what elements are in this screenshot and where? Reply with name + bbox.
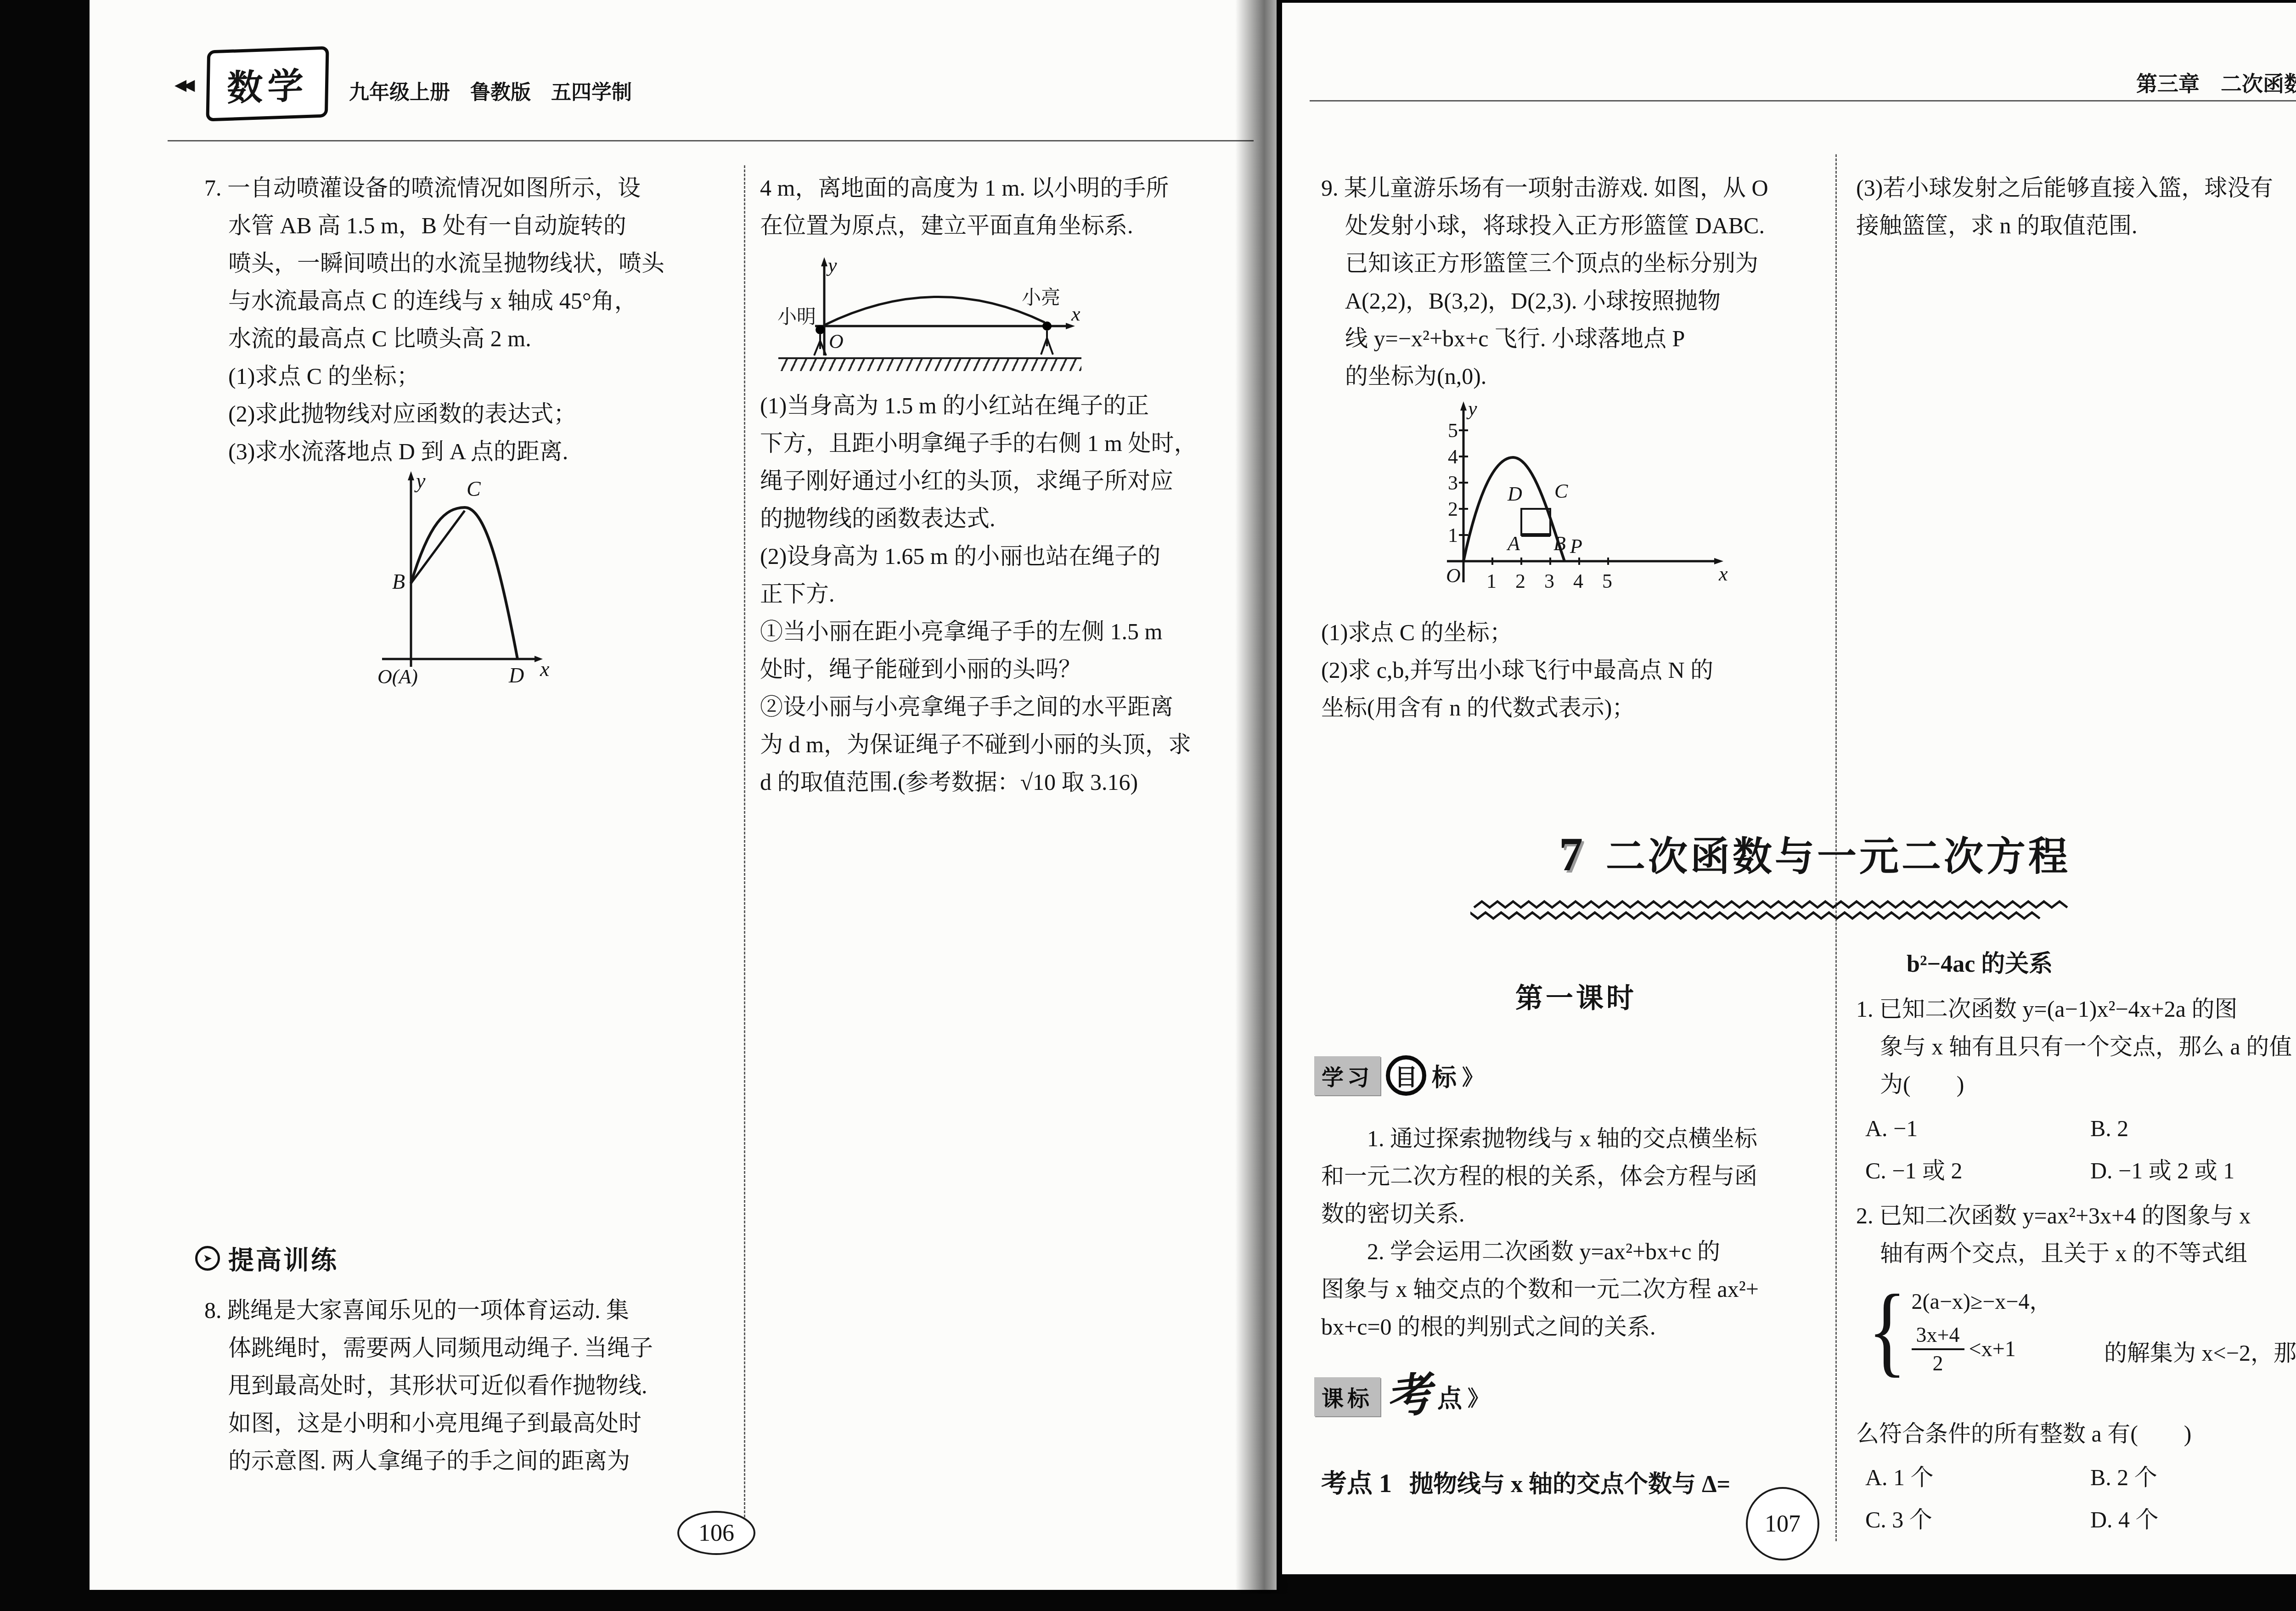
goal-badge-circle: 目: [1386, 1055, 1426, 1096]
text-line: 体跳绳时，需要两人同频甩动绳子. 当绳子: [204, 1329, 737, 1367]
right-page: 第三章 二次函数 ▶▶ 9. 某儿童游乐场有一项射击游戏. 如图，从 O处发射小…: [1282, 3, 2296, 1574]
fraction-rhs: <x+1: [1969, 1336, 2016, 1362]
fig3-c-label: C: [1554, 480, 1568, 502]
text-line: 2. 已知二次函数 y=ax²+3x+4 的图象与 x: [1856, 1197, 2296, 1234]
q2-inequality-system: { 2(a−x)≥−x−4， 3x+4 2 <x+1: [1863, 1279, 2051, 1380]
fig3-x-label: x: [1718, 563, 1728, 585]
fig1-b-label: B: [392, 570, 405, 593]
left-header-rule: [168, 140, 1254, 141]
text-line: 如图，这是小明和小亮甩绳子到最高处时: [204, 1404, 737, 1442]
fig1-y-label: y: [414, 469, 426, 492]
kaodian-1-text: 抛物线与 x 轴的交点个数与 Δ=: [1409, 1471, 1730, 1498]
system-line-1: 2(a−x)≥−x−4，: [1912, 1284, 2052, 1315]
text-line: 2. 学会运用二次函数 y=ax²+bx+c 的: [1321, 1233, 1831, 1270]
text-line: 甩到最高处时，其形状可近似看作抛物线.: [204, 1367, 737, 1404]
fig3-ytick-2: 2: [1448, 498, 1458, 520]
text-line: (2)求 c,b,并写出小球飞行中最高点 N 的: [1321, 651, 1831, 689]
text-line: 在位置为原点，建立平面直角坐标系.: [760, 207, 1265, 244]
q1-option-b: B. 2: [2090, 1110, 2296, 1147]
q2-tail: 么符合条件的所有整数 a 有( ): [1856, 1415, 2192, 1453]
text-line: 象与 x 轴有且只有一个交点，那么 a 的值: [1856, 1028, 2296, 1065]
enhance-title: 提高训练: [228, 1240, 338, 1277]
text-line: (1)求点 C 的坐标；: [1321, 614, 1831, 651]
fig2-y-label: y: [826, 254, 837, 276]
figure-sprinkler-parabola: y C B O(A) D x: [377, 468, 556, 687]
text-line: (1)当身高为 1.5 m 的小红站在绳子的正: [760, 387, 1265, 424]
text-line: 水管 AB 高 1.5 m，B 处有一自动旋转的: [204, 207, 737, 244]
q1-options-row-2: C. −1 或 2 D. −1 或 2 或 1: [1865, 1152, 2296, 1189]
problem-9-questions: (1)求点 C 的坐标；(2)求 c,b,并写出小球飞行中最高点 N 的坐标(用…: [1321, 614, 1831, 727]
text-line: 与水流最高点 C 的连线与 x 轴成 45°角，: [204, 282, 737, 320]
section-heading: 7 二次函数与一元二次方程: [1310, 825, 2296, 882]
right-header-rule: [1310, 100, 2296, 101]
section-title: 二次函数与一元二次方程: [1606, 835, 2071, 879]
system-brace: {: [1868, 1279, 1907, 1380]
text-line: A(2,2)，B(3,2)，D(2,3). 小球按照抛物: [1321, 282, 1831, 320]
text-line: 9. 某儿童游乐场有一项射击游戏. 如图，从 O: [1321, 169, 1831, 207]
goal-badge-chevrons-icon: 》: [1462, 1060, 1480, 1091]
problem-8-continuation: 4 m，离地面的高度为 1 m. 以小明的手所在位置为原点，建立平面直角坐标系.: [760, 169, 1265, 244]
exam-badge-prefix: 课标: [1314, 1377, 1380, 1416]
text-line: bx+c=0 的根的判别式之间的关系.: [1321, 1308, 1831, 1346]
fig3-o-label: O: [1446, 564, 1461, 587]
problem-7: 7. 一自动喷灌设备的喷流情况如图所示，设水管 AB 高 1.5 m，B 处有一…: [204, 169, 737, 470]
text-line: 线 y=−x²+bx+c 飞行. 小球落地点 P: [1321, 320, 1831, 357]
fig3-xtick-2: 2: [1515, 570, 1525, 592]
q1-option-d: D. −1 或 2 或 1: [2090, 1152, 2296, 1189]
fig3-xtick-5: 5: [1602, 570, 1612, 592]
text-line: ②设小丽与小亮拿绳子手之间的水平距离: [760, 688, 1265, 726]
fig2-ground-hatching: [778, 357, 1081, 371]
text-line: 图象与 x 轴交点的个数和一元二次方程 ax²+: [1321, 1270, 1831, 1308]
fraction-numerator: 3x+4: [1912, 1322, 1964, 1350]
kaodian-1-label: 考点 1: [1321, 1470, 1392, 1498]
q1-option-a: A. −1: [1865, 1110, 2090, 1147]
kaodian-1-heading: 考点 1 抛物线与 x 轴的交点个数与 Δ=: [1321, 1463, 1730, 1500]
text-line: (1)求点 C 的坐标；: [204, 357, 737, 395]
question-2: 2. 已知二次函数 y=ax²+3x+4 的图象与 x轴有两个交点，且关于 x …: [1856, 1197, 2296, 1272]
back-arrows-icon: ◀◀: [174, 76, 191, 94]
text-line: 接触篮筐，求 n 的取值范围.: [1856, 207, 2296, 244]
problem-9: 9. 某儿童游乐场有一项射击游戏. 如图，从 O处发射小球，将球投入正方形篮筐 …: [1321, 169, 1831, 395]
text-line: 数的密切关系.: [1321, 1195, 1831, 1233]
text-line: 1. 通过探索抛物线与 x 轴的交点横坐标: [1321, 1120, 1831, 1157]
text-line: 坐标(用含有 n 的代数式表示)；: [1321, 689, 1831, 727]
system-fraction: 3x+4 2: [1912, 1322, 1964, 1377]
fig1-d-label: D: [508, 664, 524, 687]
fig3-ytick-5: 5: [1448, 419, 1458, 442]
q1-option-c: C. −1 或 2: [1865, 1152, 2090, 1189]
section-wavy-underline: [1470, 897, 2113, 929]
edition-subtitle: 九年级上册 鲁教版 五四学制: [349, 76, 632, 105]
problem-8-questions: (1)当身高为 1.5 m 的小红站在绳子的正下方，且距小明拿绳子手的右侧 1 …: [760, 387, 1265, 801]
fig3-ytick-4: 4: [1448, 445, 1458, 468]
text-line: 7. 一自动喷灌设备的喷流情况如图所示，设: [204, 169, 737, 207]
page-number-left: 106: [677, 1511, 755, 1555]
left-page: ◀◀ 数学 九年级上册 鲁教版 五四学制 7. 一自动喷灌设备的喷流情况如图所示…: [90, 0, 1277, 1590]
text-line: 8. 跳绳是大家喜闻乐见的一项体育运动. 集: [204, 1291, 737, 1329]
text-line: 轴有两个交点，且关于 x 的不等式组: [1856, 1234, 2296, 1272]
text-line: d 的取值范围.(参考数据：√10 取 3.16): [760, 763, 1265, 801]
text-line: 已知该正方形篮筐三个顶点的坐标分别为: [1321, 244, 1831, 282]
text-line: ①当小丽在距小亮拿绳子手的左侧 1.5 m: [760, 613, 1265, 650]
math-logo-label: 数学: [226, 56, 308, 111]
text-line: 1. 已知二次函数 y=(a−1)x²−4x+2a 的图: [1856, 990, 2296, 1028]
fig3-xtick-3: 3: [1544, 570, 1554, 592]
fig3-b-label: B: [1553, 532, 1566, 555]
text-line: 为 d m，为保证绳子不碰到小丽的头顶，求: [760, 726, 1265, 763]
exam-badge-suffix: 点: [1437, 1379, 1462, 1414]
study-goals: 1. 通过探索抛物线与 x 轴的交点横坐标和一元二次方程的根的关系，体会方程与函…: [1321, 1120, 1831, 1346]
fig3-a-label: A: [1506, 532, 1520, 555]
system-note: 的解集为 x<−2，那: [2104, 1335, 2296, 1368]
fig1-o-label: O(A): [377, 665, 418, 687]
page-number-right: 107: [1746, 1487, 1819, 1560]
page-number-left-value: 106: [698, 1520, 734, 1547]
fig1-c-label: C: [467, 477, 481, 501]
fig2-o-label: O: [829, 330, 844, 353]
exam-point-badge: 课标 考 点 》: [1314, 1376, 1833, 1417]
fig1-x-label: x: [540, 657, 550, 681]
fig3-p-label: P: [1570, 535, 1582, 558]
q2-option-a: A. 1 个: [1865, 1459, 2090, 1496]
chapter-title: 第三章 二次函数: [2136, 67, 2296, 97]
q2-options-row-1: A. 1 个 B. 2 个: [1865, 1459, 2296, 1496]
scanned-textbook-spread: ◀◀ 数学 九年级上册 鲁教版 五四学制 7. 一自动喷灌设备的喷流情况如图所示…: [0, 0, 2296, 1611]
fig3-ytick-3: 3: [1448, 472, 1458, 494]
fig3-y-label: y: [1466, 399, 1477, 420]
lesson-title: 第一课时: [1321, 976, 1831, 1016]
fig2-x-label: x: [1071, 303, 1080, 325]
text-line: (2)设身高为 1.65 m 的小丽也站在绳子的: [760, 537, 1265, 575]
q2-tail-text: 么符合条件的所有整数 a 有( ): [1856, 1421, 2192, 1447]
fig3-d-label: D: [1507, 483, 1522, 505]
page-number-right-value: 107: [1765, 1510, 1801, 1538]
fig3-ytick-1: 1: [1448, 524, 1458, 546]
text-line: 的抛物线的函数表达式.: [760, 500, 1265, 537]
relation-text: b²−4ac 的关系: [1907, 951, 2053, 977]
text-line: 为( ): [1856, 1065, 2296, 1103]
text-line: 下方，且距小明拿绳子手的右侧 1 m 处时，: [760, 424, 1265, 462]
text-line: 的示意图. 两人拿绳子的手之间的距离为: [204, 1442, 737, 1480]
goal-badge-suffix: 标: [1432, 1058, 1457, 1093]
text-line: 水流的最高点 C 比喷头高 2 m.: [204, 320, 737, 357]
section-number: 7: [1559, 828, 1583, 881]
problem-8: 8. 跳绳是大家喜闻乐见的一项体育运动. 集体跳绳时，需要两人同频甩动绳子. 当…: [204, 1291, 737, 1480]
q2-option-c: C. 3 个: [1865, 1501, 2090, 1538]
fig3-xtick-1: 1: [1486, 570, 1497, 592]
study-goal-badge: 学习 目 标 》: [1314, 1055, 1833, 1096]
fig2-left-person-label: 小明: [777, 307, 816, 328]
text-line: 处发射小球，将球投入正方形篮筐 DABC.: [1321, 207, 1831, 244]
enhance-bullet-icon: ➤: [195, 1246, 220, 1271]
text-line: 绳子刚好通过小红的头顶，求绳子所对应: [760, 462, 1265, 500]
q1-options-row-1: A. −1 B. 2: [1865, 1110, 2296, 1147]
lesson-title-text: 第一课时: [1515, 983, 1637, 1014]
page-gutter-shadow: [1235, 0, 1288, 1594]
question-1: 1. 已知二次函数 y=(a−1)x²−4x+2a 的图象与 x 轴有且只有一个…: [1856, 990, 2296, 1103]
math-logo: 数学: [206, 46, 329, 121]
fig2-right-person-label: 小亮: [1022, 287, 1060, 309]
q2-option-b: B. 2 个: [2090, 1459, 2296, 1496]
enhance-section-heading: ➤ 提高训练: [195, 1240, 338, 1277]
exam-badge-chevrons-icon: 》: [1468, 1381, 1486, 1412]
fraction-denominator: 2: [1933, 1350, 1943, 1377]
text-line: 4 m，离地面的高度为 1 m. 以小明的手所: [760, 169, 1265, 207]
text-line: 正下方.: [760, 575, 1265, 613]
q2-option-d: D. 4 个: [2090, 1501, 2296, 1538]
text-line: 的坐标为(n,0).: [1321, 357, 1831, 395]
text-line: 喷头，一瞬间喷出的水流呈抛物线状，喷头: [204, 244, 737, 282]
exam-badge-script: 考: [1384, 1374, 1434, 1419]
problem-9-question-3: (3)若小球发射之后能够直接入篮，球没有接触篮筐，求 n 的取值范围.: [1856, 169, 2296, 244]
fig3-xtick-4: 4: [1573, 570, 1583, 592]
figure-rope-skipping: 小明 小亮 y x O: [774, 253, 1091, 364]
kaodian-1-continuation: b²−4ac 的关系: [1907, 944, 2053, 979]
text-line: 处时，绳子能碰到小丽的头吗？: [760, 650, 1265, 688]
text-line: 和一元二次方程的根的关系，体会方程与函: [1321, 1157, 1831, 1195]
text-line: (3)若小球发射之后能够直接入篮，球没有: [1856, 169, 2296, 207]
text-line: (3)求水流落地点 D 到 A 点的距离.: [204, 433, 737, 470]
q2-options-row-2: C. 3 个 D. 4 个: [1865, 1501, 2296, 1538]
left-column-divider: [744, 165, 745, 1534]
text-line: (2)求此抛物线对应函数的表达式；: [204, 395, 737, 433]
goal-badge-prefix: 学习: [1314, 1056, 1380, 1095]
figure-trajectory-graph: 1 2 3 4 5 1 2 3 4 5 D C A B P O y x: [1441, 399, 1737, 610]
